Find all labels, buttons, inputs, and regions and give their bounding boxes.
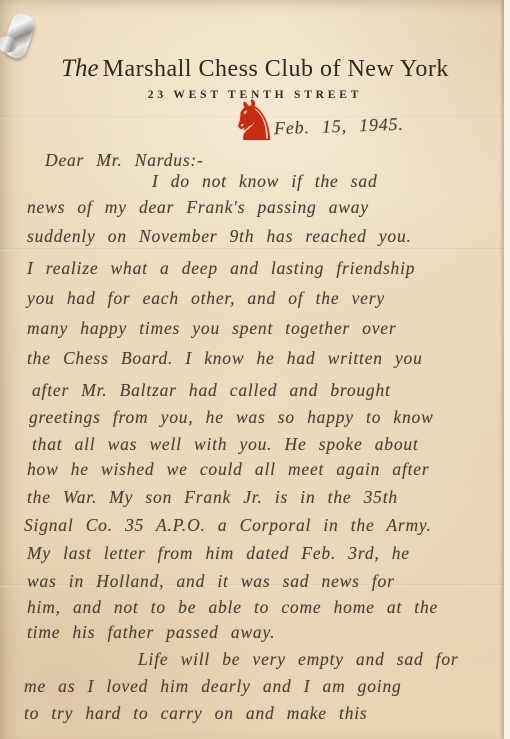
handwritten-line: time his father passed away. (27, 622, 275, 643)
handwritten-line: I realize what a deep and lasting friend… (27, 258, 415, 279)
handwritten-line: to try hard to carry on and make this (24, 703, 368, 724)
handwritten-line: My last letter from him dated Feb. 3rd, … (27, 543, 410, 564)
handwritten-line: I do not know if the sad (152, 171, 378, 192)
handwritten-line: suddenly on November 9th has reached you… (27, 226, 412, 247)
letterhead-title: TheMarshall Chess Club of New York (0, 55, 510, 83)
handwritten-line: many happy times you spent together over (27, 318, 396, 339)
handwritten-line: me as I loved him dearly and I am going (24, 676, 402, 697)
handwritten-line: the Chess Board. I know he had written y… (27, 348, 423, 369)
handwritten-line: how he wished we could all meet again af… (27, 459, 429, 480)
handwritten-line: news of my dear Frank's passing away (27, 197, 369, 218)
handwritten-line: Signal Co. 35 A.P.O. a Corporal in the A… (24, 515, 432, 536)
handwritten-line: the War. My son Frank Jr. is in the 35th (27, 487, 398, 508)
red-knight-chess-icon: ♞ (229, 94, 279, 150)
letterhead-the: The (61, 55, 99, 82)
handwritten-line: was in Holland, and it was sad news for (27, 571, 395, 592)
handwritten-line: after Mr. Baltzar had called and brought (32, 380, 391, 401)
letterhead-club-name: Marshall Chess Club of New York (103, 56, 449, 82)
scan-edge (504, 0, 510, 739)
handwritten-line: Life will be very empty and sad for (138, 649, 459, 670)
handwritten-line: you had for each other, and of the very (27, 288, 385, 309)
salutation: Dear Mr. Nardus:- (45, 150, 204, 171)
handwritten-line: him, and not to be able to come home at … (27, 597, 438, 618)
handwritten-line: greetings from you, he was so happy to k… (29, 407, 434, 428)
handwritten-line: that all was well with you. He spoke abo… (32, 434, 419, 455)
